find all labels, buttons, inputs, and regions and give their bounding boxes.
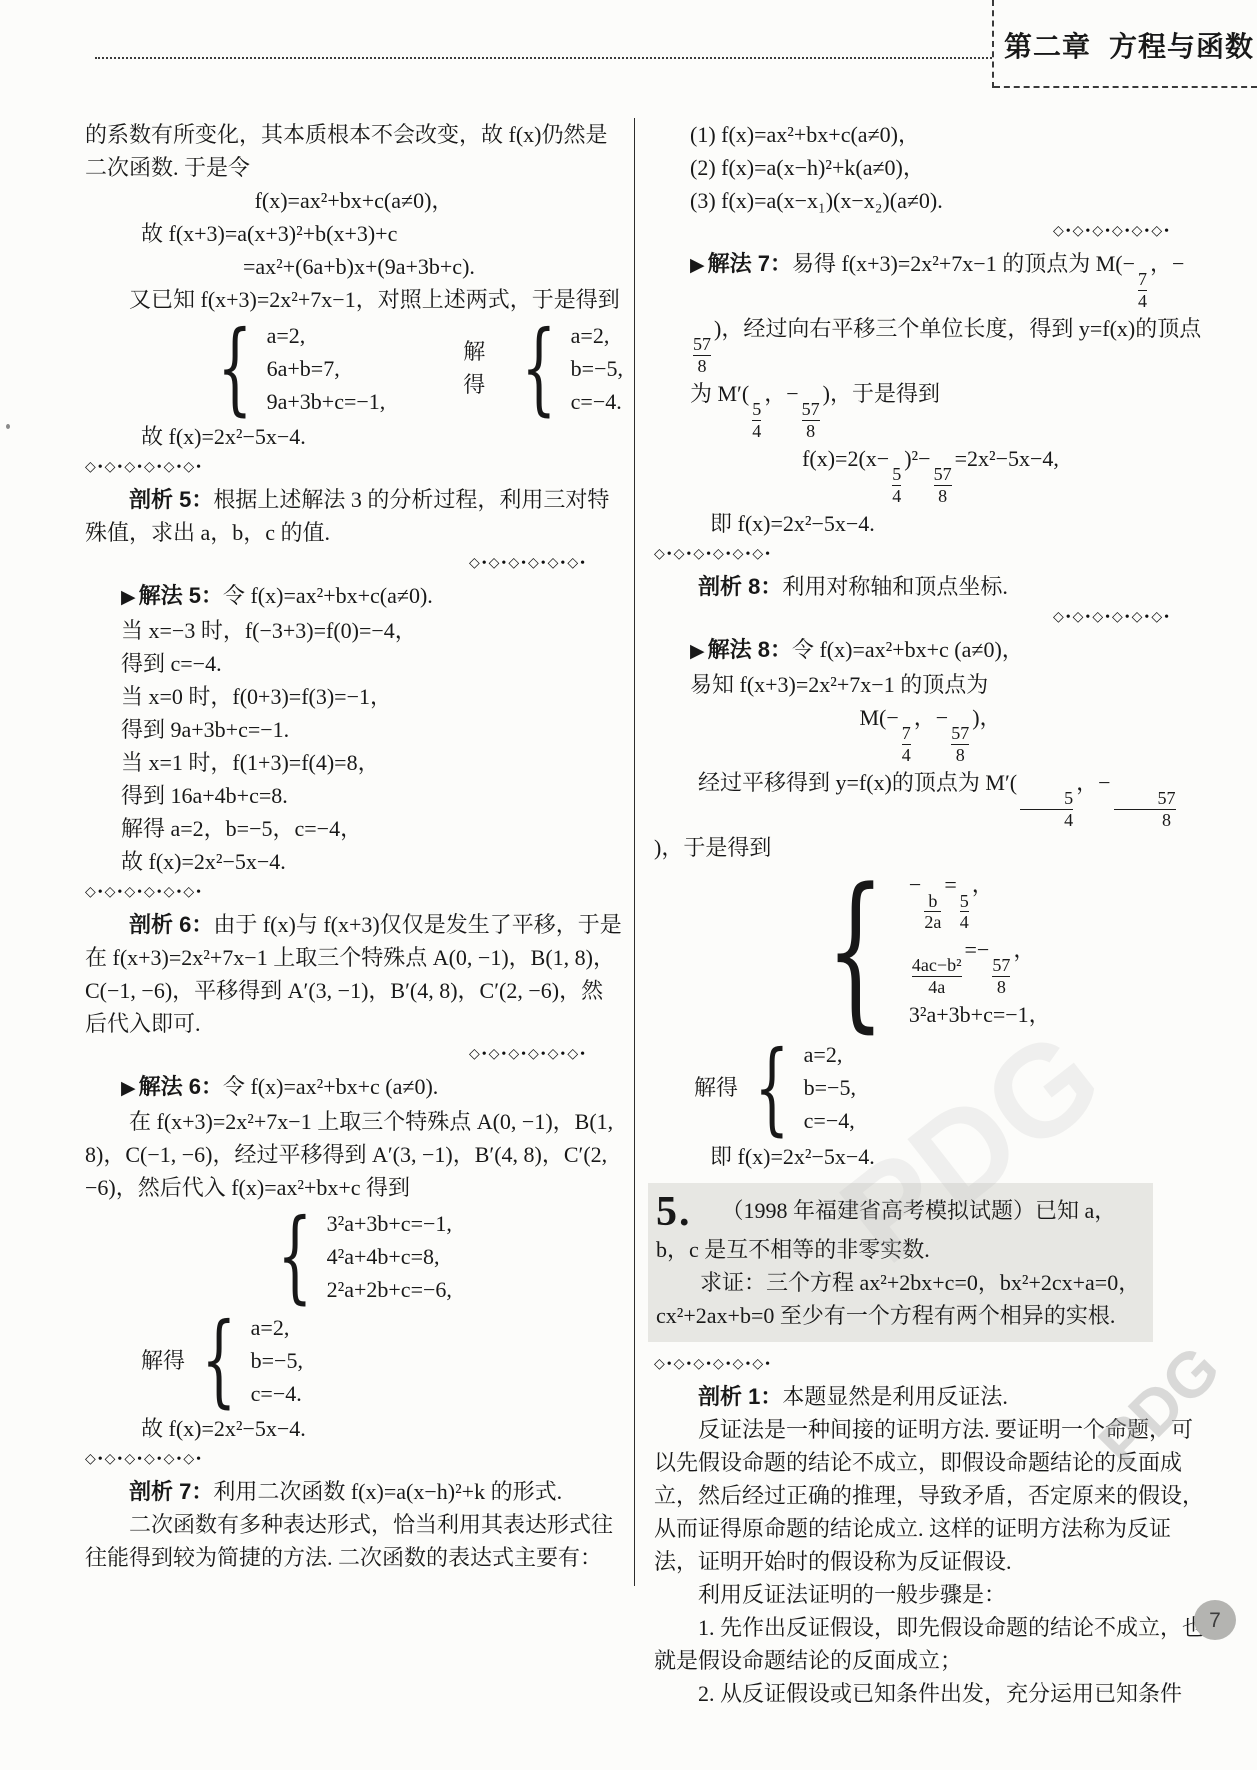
fraction: 54 [749, 399, 764, 442]
left-brace: { [201, 1310, 236, 1410]
header-vertical-rule [992, 0, 994, 88]
solution-5-label: 解法 5： [139, 583, 223, 608]
equation-line: 4ac−b²4a=−578， [909, 933, 1051, 998]
analysis-1-label: 剖析 1： [698, 1384, 782, 1409]
fraction: b2a [921, 891, 944, 934]
triangle-marker-icon: ▶ [690, 641, 705, 662]
analysis-6: 剖析 6：由于 f(x)与 f(x+3)仅仅是发生了平移，于是在 f(x+3)=… [85, 908, 623, 1040]
fraction: 54 [957, 891, 972, 934]
fraction: 578 [690, 334, 714, 377]
equation-line: 3²a+3b+c=−1， [909, 998, 1051, 1031]
left-brace: { [521, 318, 556, 418]
equation-systems-row: { a=2, 6a+b=7, 9a+3b+c=−1, 解得 { a=2, b=−… [203, 316, 623, 420]
analysis-7-text: 利用二次函数 f(x)=a(x−h)²+k 的形式. [213, 1479, 562, 1504]
header-dotted-rule-left [95, 57, 992, 59]
fraction: 74 [1135, 269, 1150, 312]
paragraph-continued: 的系数有所变化，其本质根本不会改变，故 f(x)仍然是二次函数. 于是令 [85, 118, 623, 184]
problem-number: 5. [656, 1189, 692, 1235]
equation-line: b=−5, [251, 1344, 303, 1377]
vertex-point-formula: M(−74，−578)， [654, 701, 1207, 766]
equation-line: 9a+3b+c=−1, [267, 385, 386, 418]
equation-line: c=−4. [571, 385, 623, 418]
equation-line: b=−5, [571, 352, 623, 385]
fraction: 578 [931, 464, 955, 507]
analysis-8-text: 利用对称轴和顶点坐标. [782, 574, 1008, 599]
diamond-separator: ◇•◇•◇•◇•◇•◇• [654, 1350, 1207, 1380]
system-coefficients: { a=2, 6a+b=7, 9a+3b+c=−1, [203, 318, 385, 418]
solution-7-paragraph: ▶解法 7：易得 f(x+3)=2x²+7x−1 的顶点为 M(−74，−578… [654, 247, 1207, 442]
chapter-number: 第二章 [1004, 31, 1091, 62]
formula-general-quadratic: f(x)=ax²+bx+c(a≠0)， [85, 184, 623, 217]
solve-group: 解得 { a=2, b=−5, c=−4. [463, 316, 623, 420]
diamond-separator: ◇•◇•◇•◇•◇•◇• [654, 217, 1207, 247]
solution-6-label: 解法 6： [139, 1074, 223, 1099]
diamond-separator: ◇•◇•◇•◇•◇•◇• [85, 878, 623, 908]
problem-5-statement: 5.（1998 年福建省高考模拟试题）已知 a，b，c 是互不相等的非零实数. [656, 1191, 1143, 1266]
system-solution: { a=2, b=−5, c=−4. [507, 318, 623, 418]
right-column: (1) f(x)=ax²+bx+c(a≠0)， (2) f(x)=a(x−h)²… [635, 118, 1207, 1710]
paragraph-steps-intro: 利用反证法证明的一般步骤是： [654, 1578, 1207, 1611]
solution-step: 得到 16a+4b+c=8. [85, 779, 623, 812]
book-page: 第二章方程与函数 的系数有所变化，其本质根本不会改变，故 f(x)仍然是二次函数… [0, 0, 1257, 1770]
solution-step: 当 x=0 时，f(0+3)=f(3)=−1， [85, 680, 623, 713]
solution-step: 得到 9a+3b+c=−1. [85, 713, 623, 746]
system-solution: { a=2, b=−5, c=−4, [740, 1038, 856, 1138]
equation-line: a=2, [571, 319, 623, 352]
chapter-name: 方程与函数 [1109, 31, 1254, 62]
fraction: 74 [899, 723, 914, 766]
system-three-points: { 3²a+3b+c=−1, 4²a+4b+c=8, 2²a+2b+c=−6, [263, 1206, 623, 1306]
result-formula: 即 f(x)=2x²−5x−4. [654, 507, 1207, 540]
vertex-form-formula: f(x)=2(x−54)²−578=2x²−5x−4, [654, 442, 1207, 507]
triangle-marker-icon: ▶ [690, 255, 705, 276]
equation-line: 3²a+3b+c=−1, [327, 1207, 452, 1240]
solution-8-heading: ▶解法 8：令 f(x)=ax²+bx+c (a≠0)， [654, 633, 1207, 668]
solution-8-text: 令 f(x)=ax²+bx+c (a≠0)， [792, 637, 1024, 662]
analysis-5: 剖析 5：根据上述解法 3 的分析过程，利用三对特殊值，求出 a，b，c 的值. [85, 483, 623, 549]
solution-step: 得到 c=−4. [85, 647, 623, 680]
margin-speck [6, 424, 10, 429]
system-vertex-conditions: { −b2a=54， 4ac−b²4a=−578， 3²a+3b+c=−1， [802, 866, 1207, 1034]
proof-step-2: 2. 从反证假设或已知条件出发，充分运用已知条件 [654, 1677, 1207, 1710]
left-column: 的系数有所变化，其本质根本不会改变，故 f(x)仍然是二次函数. 于是令 f(x… [85, 118, 623, 1574]
solution-step: 解得 a=2，b=−5，c=−4， [85, 812, 623, 845]
analysis-7-label: 剖析 7： [129, 1479, 213, 1504]
diamond-separator: ◇•◇•◇•◇•◇•◇• [654, 603, 1207, 633]
equation-line: a=2, [267, 319, 386, 352]
solution-6-heading: ▶解法 6：令 f(x)=ax²+bx+c (a≠0). [85, 1070, 623, 1105]
diamond-separator: ◇•◇•◇•◇•◇•◇• [654, 540, 1207, 570]
paragraph-contradiction-method: 反证法是一种间接的证明方法. 要证明一个命题，可以先假设命题的结论不成立，即假设… [654, 1413, 1207, 1578]
left-brace: { [217, 318, 252, 418]
fraction: 578 [948, 723, 972, 766]
formula-expanded: =ax²+(6a+b)x+(9a+3b+c). [85, 250, 623, 283]
equation-line: −b2a=54， [909, 868, 1051, 933]
fraction: 4ac−b²4a [909, 955, 965, 998]
diamond-separator: ◇•◇•◇•◇•◇•◇• [85, 453, 623, 483]
analysis-6-label: 剖析 6： [129, 912, 213, 937]
diamond-separator: ◇•◇•◇•◇•◇•◇• [85, 1445, 623, 1475]
solution-8-paragraph: 经过平移得到 y=f(x)的顶点为 M′(54，−578)，于是得到 [654, 766, 1207, 864]
fraction: 578 [799, 399, 823, 442]
header-dotted-rule-right [994, 86, 1257, 88]
paragraph-quadratic-forms: 二次函数有多种表达形式，恰当利用其表达形式往往能得到较为简捷的方法. 二次函数的… [85, 1508, 623, 1574]
solve-group: 解得 { a=2, b=−5, c=−4, [694, 1036, 1207, 1140]
solve-label: 解得 [141, 1344, 185, 1377]
form-list-item: (2) f(x)=a(x−h)²+k(a≠0)， [654, 151, 1207, 184]
equation-line: a=2, [251, 1311, 303, 1344]
result-formula: 即 f(x)=2x²−5x−4. [654, 1140, 1207, 1173]
equation-line: 4²a+4b+c=8, [327, 1240, 452, 1273]
page-number-badge: 7 [1194, 1600, 1236, 1640]
solution-6-paragraph: 在 f(x+3)=2x²+7x−1 上取三个特殊点 A(0, −1)，B(1, … [85, 1105, 623, 1204]
solution-step: 当 x=−3 时，f(−3+3)=f(0)=−4， [85, 614, 623, 647]
equation-line: 2²a+2b+c=−6, [327, 1273, 452, 1306]
solution-step: 故 f(x)=2x²−5x−4. [85, 845, 623, 878]
system-solution: { a=2, b=−5, c=−4. [187, 1310, 303, 1410]
solution-5-text: 令 f(x)=ax²+bx+c(a≠0). [223, 583, 433, 608]
triangle-marker-icon: ▶ [121, 1078, 136, 1099]
solve-group: 解得 { a=2, b=−5, c=−4. [141, 1308, 623, 1412]
analysis-8-label: 剖析 8： [698, 574, 782, 599]
problem-5-box: 5.（1998 年福建省高考模拟试题）已知 a，b，c 是互不相等的非零实数. … [648, 1183, 1153, 1342]
problem-claim: 求证：三个方程 ax²+2bx+c=0，bx²+2cx+a=0，cx²+2ax+… [656, 1266, 1143, 1332]
triangle-marker-icon: ▶ [121, 587, 136, 608]
fraction: 578 [989, 955, 1013, 998]
equation-line: c=−4, [804, 1104, 856, 1137]
solve-label: 解得 [694, 1071, 738, 1104]
left-brace: { [754, 1038, 789, 1138]
analysis-7: 剖析 7：利用二次函数 f(x)=a(x−h)²+k 的形式. [85, 1475, 623, 1508]
solution-8-label: 解法 8： [708, 637, 792, 662]
analysis-5-label: 剖析 5： [129, 487, 213, 512]
page-number: 7 [1209, 1604, 1221, 1637]
form-list-item: (3) f(x)=a(x−x₁)(x−x₂)(a≠0). [654, 184, 1207, 217]
solve-label: 解得 [463, 335, 505, 401]
solution-7-label: 解法 7： [708, 251, 792, 276]
formula-fx-plus-3: 故 f(x+3)=a(x+3)²+b(x+3)+c [85, 217, 623, 250]
diamond-separator: ◇•◇•◇•◇•◇•◇• [85, 549, 623, 579]
left-brace: { [826, 866, 885, 1034]
equation-line: b=−5, [804, 1071, 856, 1104]
left-brace: { [277, 1206, 312, 1306]
equation-line: 6a+b=7, [267, 352, 386, 385]
solution-8-line: 易知 f(x+3)=2x²+7x−1 的顶点为 [654, 668, 1207, 701]
analysis-8: 剖析 8：利用对称轴和顶点坐标. [654, 570, 1207, 603]
solution-6-text: 令 f(x)=ax²+bx+c (a≠0). [223, 1074, 438, 1099]
form-list-item: (1) f(x)=ax²+bx+c(a≠0)， [654, 118, 1207, 151]
problem-intro: （1998 年福建省高考模拟试题）已知 a，b，c 是互不相等的非零实数. [656, 1198, 1116, 1262]
fraction: 54 [889, 464, 904, 507]
analysis-1: 剖析 1：本题显然是利用反证法. [654, 1380, 1207, 1413]
equation-line: c=−4. [251, 1377, 303, 1410]
fraction: 54 [1017, 788, 1076, 831]
fraction: 578 [1111, 788, 1179, 831]
result-formula: 故 f(x)=2x²−5x−4. [85, 1412, 623, 1445]
diamond-separator: ◇•◇•◇•◇•◇•◇• [85, 1040, 623, 1070]
solution-5-heading: ▶解法 5：令 f(x)=ax²+bx+c(a≠0). [85, 579, 623, 614]
proof-step-1: 1. 先作出反证假设，即先假设命题的结论不成立，也就是假设命题结论的反面成立； [654, 1611, 1207, 1677]
two-column-body: 的系数有所变化，其本质根本不会改变，故 f(x)仍然是二次函数. 于是令 f(x… [85, 118, 1207, 1710]
analysis-1-text: 本题显然是利用反证法. [782, 1384, 1008, 1409]
solution-step: 当 x=1 时，f(1+3)=f(4)=8， [85, 746, 623, 779]
chapter-title: 第二章方程与函数 [1004, 30, 1254, 63]
